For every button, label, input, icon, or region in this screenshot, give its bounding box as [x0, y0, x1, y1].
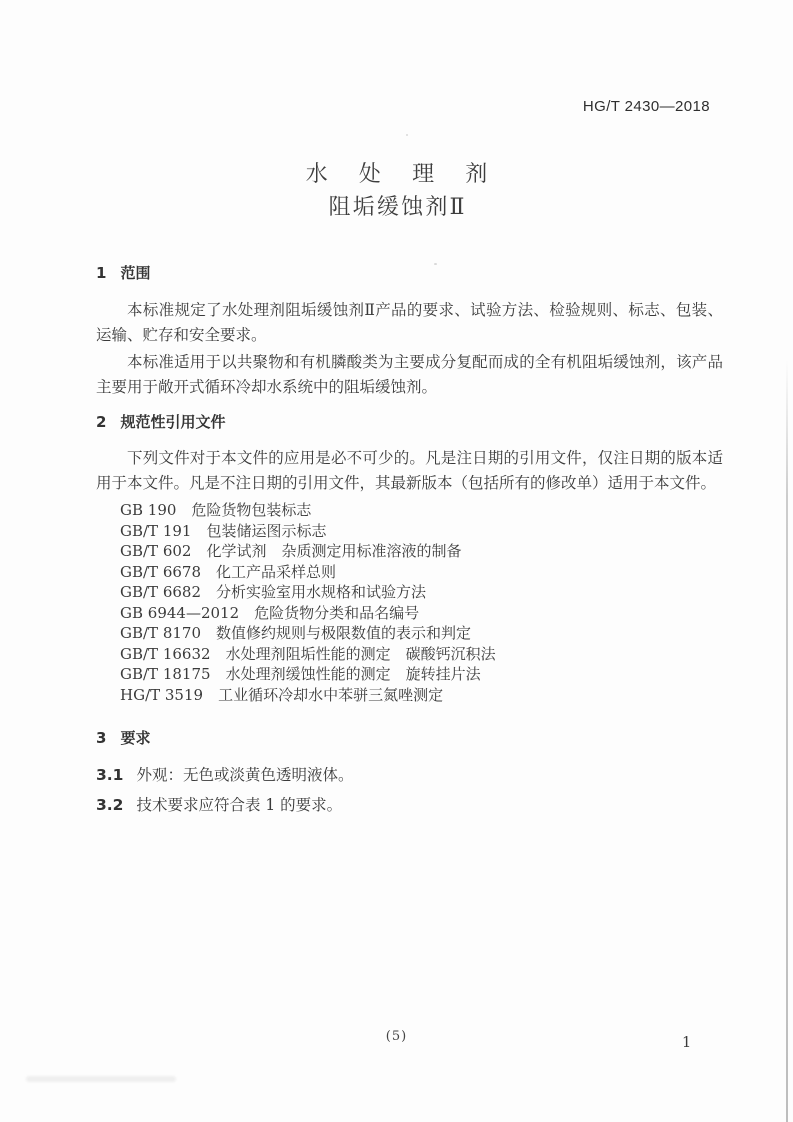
clause-3-2: 3.2技术要求应符合表 1 的要求。: [96, 796, 342, 814]
clause-3-1: 3.1外观：无色或淡黄色透明液体。: [96, 766, 353, 784]
section-2-number: 2: [96, 413, 106, 431]
reference-item: GB/T 6682分析实验室用水规格和试验方法: [120, 582, 733, 603]
reference-code: GB/T 602: [120, 542, 191, 560]
section-1-paragraph-2: 本标准适用于以共聚物和有机膦酸类为主要成分复配而成的全有机阻垢缓蚀剂，该产品主要…: [96, 350, 723, 400]
title-line-1: 水 处 理 剂: [0, 160, 793, 190]
clause-3-1-text: 外观：无色或淡黄色透明液体。: [136, 766, 353, 784]
reference-title: 包装储运图示标志: [206, 522, 326, 540]
reference-item: GB/T 6678化工产品采样总则: [120, 562, 733, 583]
scan-speck: [434, 263, 437, 265]
clause-3-2-text: 技术要求应符合表 1 的要求。: [136, 796, 342, 814]
normative-references-list: GB 190危险货物包装标志 GB/T 191包装储运图示标志 GB/T 602…: [120, 500, 733, 705]
reference-code: GB/T 18175: [120, 665, 211, 683]
reference-title: 危险货物分类和品名编号: [254, 604, 419, 622]
reference-code: GB/T 8170: [120, 624, 201, 642]
section-3-number: 3: [96, 729, 106, 747]
standard-code: HG/T 2430—2018: [583, 98, 710, 115]
reference-item: GB/T 602化学试剂 杂质测定用标准溶液的制备: [120, 541, 733, 562]
page-number: 1: [682, 1035, 691, 1051]
reference-title: 分析实验室用水规格和试验方法: [216, 583, 426, 601]
clause-3-2-number: 3.2: [96, 796, 123, 814]
footer-sheet-number: (5): [0, 1029, 793, 1044]
reference-item: GB 6944—2012危险货物分类和品名编号: [120, 603, 733, 624]
reference-code: GB 190: [120, 501, 176, 519]
section-3-heading: 3要求: [96, 727, 150, 748]
clause-3-1-number: 3.1: [96, 766, 123, 784]
section-2-heading: 2规范性引用文件: [96, 411, 225, 432]
section-2-intro: 下列文件对于本文件的应用是必不可少的。凡是注日期的引用文件，仅注日期的版本适用于…: [96, 446, 723, 496]
reference-title: 化学试剂 杂质测定用标准溶液的制备: [206, 542, 461, 560]
reference-title: 危险货物包装标志: [191, 501, 311, 519]
scan-speck: [406, 134, 408, 136]
reference-title: 水处理剂阻垢性能的测定 碳酸钙沉积法: [226, 645, 496, 663]
section-1-heading: 1范围: [96, 262, 150, 283]
reference-title: 化工产品采样总则: [216, 563, 336, 581]
section-1-paragraph-1: 本标准规定了水处理剂阻垢缓蚀剂Ⅱ产品的要求、试验方法、检验规则、标志、包装、运输…: [96, 298, 723, 348]
reference-code: GB/T 16632: [120, 645, 211, 663]
reference-code: GB/T 6678: [120, 563, 201, 581]
reference-title: 数值修约规则与极限数值的表示和判定: [216, 624, 471, 642]
document-title: 水 处 理 剂 阻垢缓蚀剂Ⅱ: [0, 160, 793, 224]
title-line-2: 阻垢缓蚀剂Ⅱ: [0, 192, 793, 224]
reference-code: HG/T 3519: [120, 686, 203, 704]
reference-code: GB/T 6682: [120, 583, 201, 601]
section-2-title: 规范性引用文件: [120, 413, 225, 431]
document-page: HG/T 2430—2018 水 处 理 剂 阻垢缓蚀剂Ⅱ 1范围 本标准规定了…: [0, 0, 793, 1122]
reference-title: 工业循环冷却水中苯骈三氮唑测定: [218, 686, 443, 704]
reference-item: GB/T 191包装储运图示标志: [120, 521, 733, 542]
reference-code: GB/T 191: [120, 522, 191, 540]
reference-item: GB/T 16632水处理剂阻垢性能的测定 碳酸钙沉积法: [120, 644, 733, 665]
section-1-title: 范围: [120, 264, 150, 282]
section-1-number: 1: [96, 264, 106, 282]
section-3-title: 要求: [120, 729, 150, 747]
reference-item: GB 190危险货物包装标志: [120, 500, 733, 521]
reference-item: HG/T 3519工业循环冷却水中苯骈三氮唑测定: [120, 685, 733, 706]
scan-edge-line: [786, 360, 788, 1122]
reference-item: GB/T 8170数值修约规则与极限数值的表示和判定: [120, 623, 733, 644]
reference-item: GB/T 18175水处理剂缓蚀性能的测定 旋转挂片法: [120, 664, 733, 685]
scan-smudge: [26, 1076, 176, 1082]
reference-code: GB 6944—2012: [120, 604, 239, 622]
reference-title: 水处理剂缓蚀性能的测定 旋转挂片法: [226, 665, 481, 683]
